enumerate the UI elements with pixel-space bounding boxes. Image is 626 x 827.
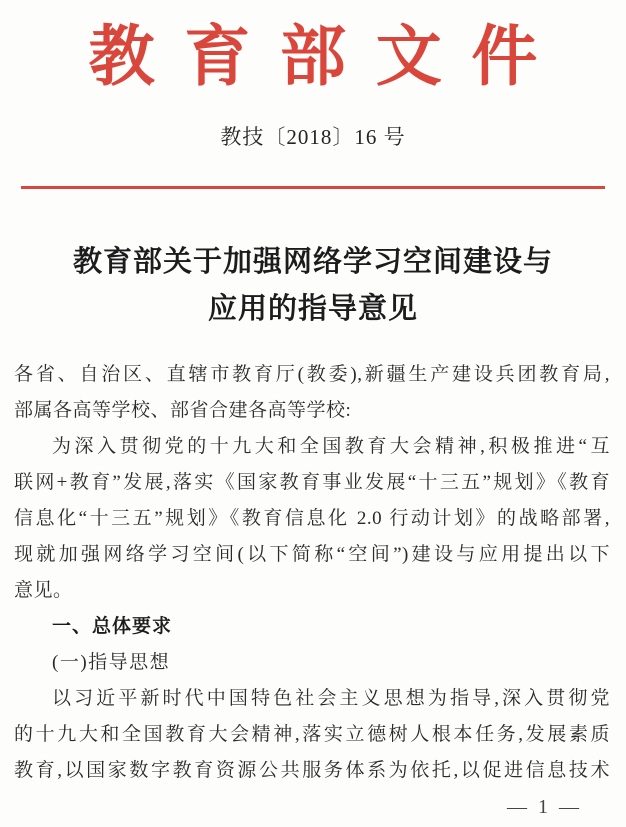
page-number: — 1 — — [507, 796, 582, 819]
document-title-line-1: 教育部关于加强网络学习空间建设与 — [0, 239, 626, 286]
body-line: 的十九大和全国教育大会精神,落实立德树人根本任务,发展素质 — [14, 717, 610, 753]
body-line: 现就加强网络学习空间(以下简称“空间”)建设与应用提出以下 — [14, 537, 610, 573]
red-separator-rule — [21, 186, 605, 189]
subsection-heading: (一)指导思想 — [14, 645, 610, 681]
section-heading: 一、总体要求 — [14, 609, 610, 645]
body-line: 为深入贯彻党的十九大和全国教育大会精神,积极推进“互 — [14, 429, 610, 465]
body-line: 教育,以国家数字教育资源公共服务体系为依托,以促进信息技术 — [14, 753, 610, 789]
ministry-letterhead-title: 教育部文件 — [59, 20, 567, 96]
body-line: 信息化“十三五”规划》《教育信息化 2.0 行动计划》的战略部署, — [14, 501, 610, 537]
body-line: 以习近平新时代中国特色社会主义思想为指导,深入贯彻党 — [14, 681, 610, 717]
body-line: 联网+教育”发展,落实《国家教育事业发展“十三五”规划》《教育 — [14, 465, 610, 501]
body-line: 意见。 — [14, 573, 610, 609]
document-number: 教技〔2018〕16 号 — [0, 124, 626, 150]
letterhead: 教育部文件 — [0, 0, 626, 96]
addressee-line: 各省、自治区、直辖市教育厅(教委),新疆生产建设兵团教育局, — [14, 357, 610, 393]
document-body: 各省、自治区、直辖市教育厅(教委),新疆生产建设兵团教育局, 部属各高等学校、部… — [14, 357, 610, 789]
document-page: 教育部文件 教技〔2018〕16 号 教育部关于加强网络学习空间建设与 应用的指… — [0, 0, 626, 827]
addressee-line: 部属各高等学校、部省合建各高等学校: — [14, 393, 610, 429]
document-title-line-2: 应用的指导意见 — [0, 286, 626, 333]
document-title: 教育部关于加强网络学习空间建设与 应用的指导意见 — [0, 239, 626, 333]
